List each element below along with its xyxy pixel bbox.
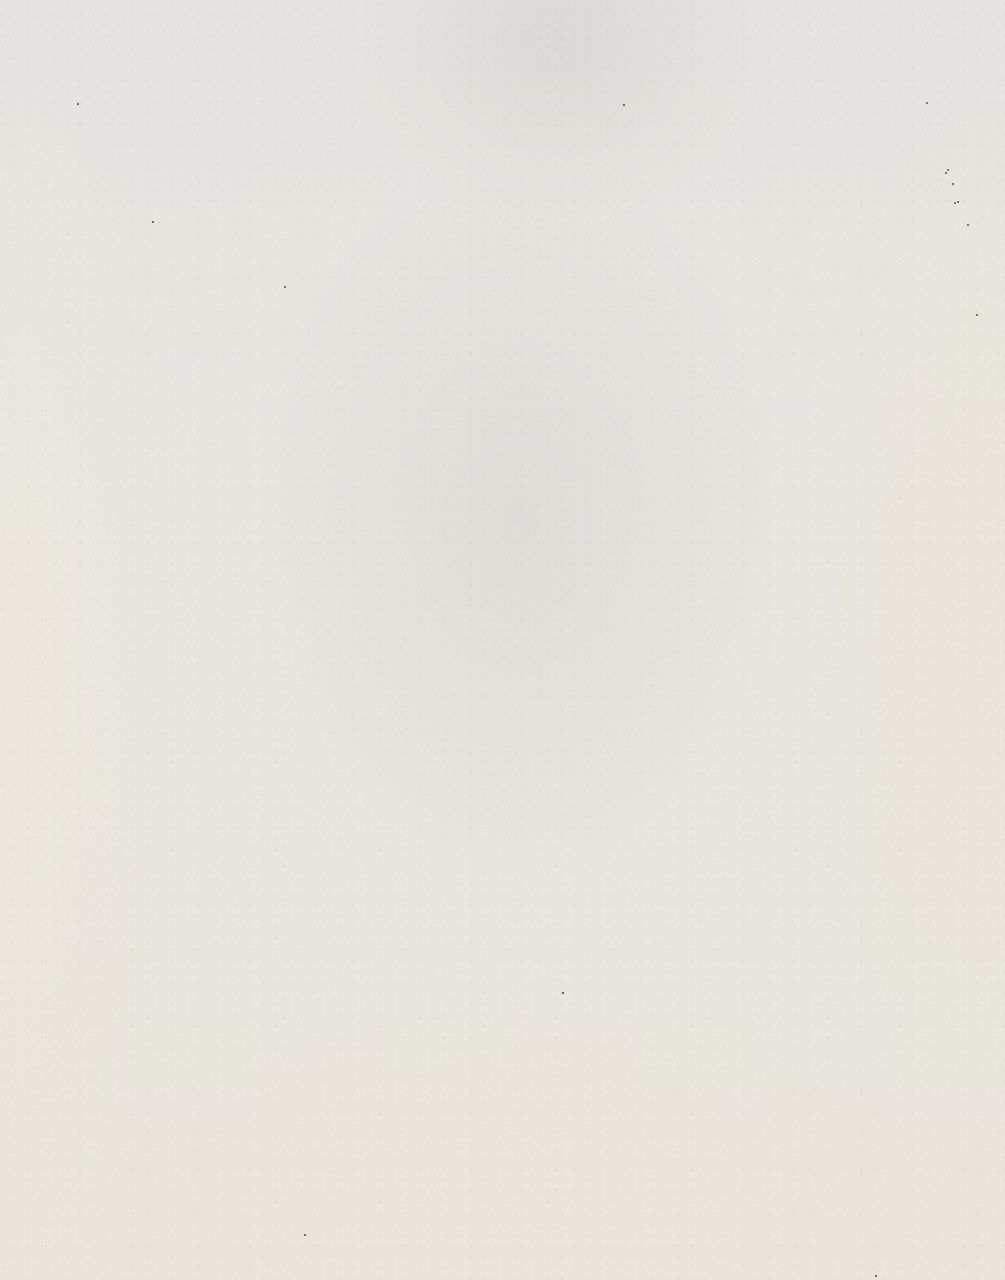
- speck: [926, 102, 928, 104]
- speck: [623, 104, 625, 106]
- speck: [952, 183, 954, 185]
- speck: [967, 224, 969, 226]
- paper-grain-texture: [0, 0, 1005, 1280]
- speck: [304, 1234, 305, 1235]
- speck: [284, 286, 286, 288]
- speck: [875, 1275, 877, 1277]
- speck: [77, 103, 79, 105]
- speck: [954, 202, 956, 204]
- speck: [152, 221, 154, 223]
- paper-sheet: [0, 0, 1005, 1280]
- speck: [562, 992, 563, 993]
